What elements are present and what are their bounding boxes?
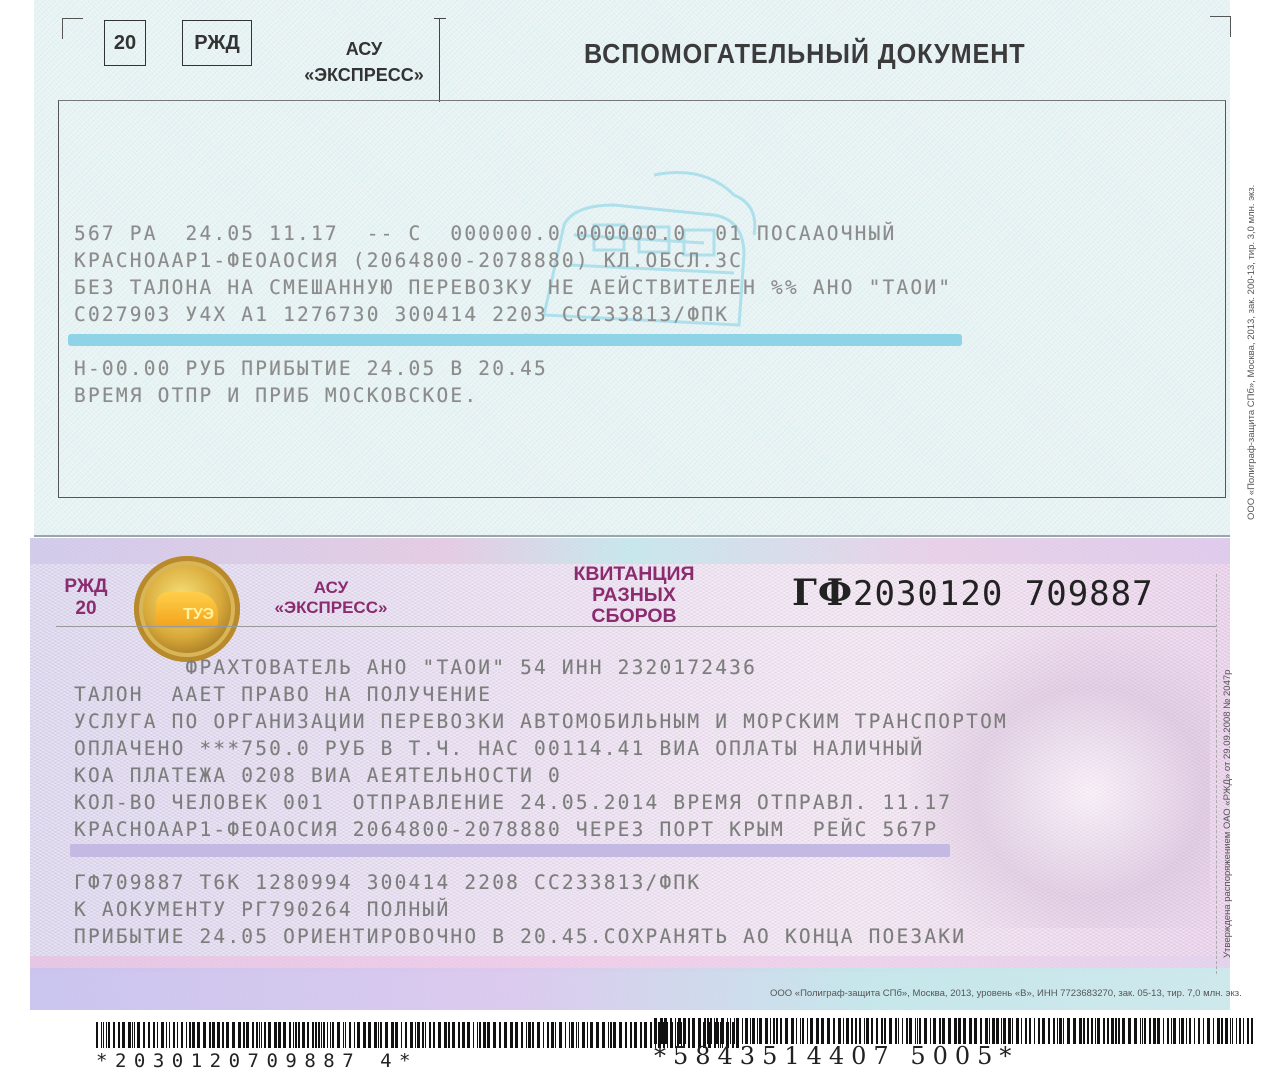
serial-number: ГФ2030120 709887 xyxy=(792,572,1154,614)
printed-line: КРАСНОААР1-ФЕОАОСИЯ 2064800-2078880 ЧЕРЕ… xyxy=(74,816,938,843)
hologram-icon: ТУЭ xyxy=(134,556,240,662)
footer-imprint: ООО «Полиграф-защита СПб», Москва, 2013,… xyxy=(770,988,1242,999)
header-divider xyxy=(56,626,1216,627)
asu-express-label: АСУ «ЭКСПРЕСС» xyxy=(284,36,444,88)
printed-line: С027903 У4Х А1 1276730 300414 2203 СС233… xyxy=(74,301,729,328)
printed-line: ВРЕМЯ ОТПР И ПРИБ МОСКОВСКОЕ. xyxy=(74,382,478,409)
printed-line: ГФ709887 Т6К 1280994 300414 2208 СС23381… xyxy=(74,869,701,896)
title-line2: РАЗНЫХ xyxy=(554,585,714,606)
printed-line: ПРИБЫТИЕ 24.05 ОРИЕНТИРОВОЧНО В 20.45.СО… xyxy=(74,923,966,950)
carrier-code: 20 xyxy=(56,598,116,620)
hologram-text: ТУЭ xyxy=(156,592,218,628)
printed-line: ФРАХТОВАТЕЛЬ АНО "ТАОИ" 54 ИНН 232017243… xyxy=(74,654,757,681)
tear-line xyxy=(1216,574,1217,974)
guilloche-band xyxy=(30,538,1230,564)
redaction-bar xyxy=(68,334,962,346)
printed-line: ОПЛАЧЕНО ***750.0 РУБ В Т.Ч. НАС 00114.4… xyxy=(74,735,924,762)
barcode-left-digits: *2030120709887 4* xyxy=(96,1050,418,1072)
rzd-logo-text: РЖД xyxy=(194,32,239,55)
asu-line2: «ЭКСПРЕСС» xyxy=(256,598,406,618)
barcode-right xyxy=(654,1018,1254,1044)
printed-line: 567 РА 24.05 11.17 -- С 000000.0 000000.… xyxy=(74,220,896,247)
printed-line: К АОКУМЕНТУ РГ790264 ПОЛНЫЙ xyxy=(74,896,450,923)
document-title: ВСПОМОГАТЕЛЬНЫЙ ДОКУМЕНТ xyxy=(584,38,1026,70)
title-line1: КВИТАНЦИЯ xyxy=(554,564,714,585)
barcode-right-digits: *5843514407 5005* xyxy=(654,1042,1018,1070)
asu-line1: АСУ xyxy=(256,578,406,598)
printed-line: БЕЗ ТАЛОНА НА СМЕШАННУЮ ПЕРЕВОЗКУ НЕ АЕЙ… xyxy=(74,274,952,301)
side-imprint: ООО «Полиграф-защита СПб», Москва, 2013,… xyxy=(1246,120,1266,520)
side-imprint-text: Утверждена распоряжением ОАО «РЖД» от 29… xyxy=(1222,670,1233,958)
rzd-brand: РЖД 20 xyxy=(56,576,116,620)
printed-line: КОЛ-ВО ЧЕЛОВЕК 001 ОТПРАВЛЕНИЕ 24.05.201… xyxy=(74,789,952,816)
train-background-image xyxy=(910,628,1210,928)
serial-digits: 2030120 709887 xyxy=(853,574,1154,614)
rzd-logo-box: РЖД xyxy=(182,20,252,66)
printed-line: ТАЛОН ААЕТ ПРАВО НА ПОЛУЧЕНИЕ xyxy=(74,681,492,708)
asu-line1: АСУ xyxy=(284,36,444,62)
side-imprint-text: ООО «Полиграф-защита СПб», Москва, 2013,… xyxy=(1246,185,1257,520)
asu-express-label: АСУ «ЭКСПРЕСС» xyxy=(256,578,406,618)
receipt-document: РЖД 20 ТУЭ АСУ «ЭКСПРЕСС» КВИТАНЦИЯ РАЗН… xyxy=(30,538,1230,1010)
printed-line: КРАСНОААР1-ФЕОАОСИЯ (2064800-2078880) КЛ… xyxy=(74,247,743,274)
rzd-brand-text: РЖД xyxy=(56,576,116,598)
serial-prefix: ГФ xyxy=(792,572,853,614)
redaction-bar xyxy=(70,844,950,857)
auxiliary-document: 20 РЖД АСУ «ЭКСПРЕСС» ВСПОМОГАТЕЛЬНЫЙ ДО… xyxy=(34,0,1230,537)
printed-line: КОА ПЛАТЕЖА 0208 ВИА АЕЯТЕЛЬНОСТИ 0 xyxy=(74,762,562,789)
corner-mark xyxy=(62,18,83,39)
receipt-title: КВИТАНЦИЯ РАЗНЫХ СБОРОВ xyxy=(554,564,714,627)
barcode-left xyxy=(96,1022,742,1048)
printed-line: Н-00.00 РУБ ПРИБЫТИЕ 24.05 В 20.45 xyxy=(74,355,548,382)
asu-line2: «ЭКСПРЕСС» xyxy=(284,62,444,88)
title-line3: СБОРОВ xyxy=(554,606,714,627)
corner-mark xyxy=(1210,16,1231,37)
carrier-code-box: 20 xyxy=(104,20,146,66)
carrier-code: 20 xyxy=(114,32,136,55)
printed-line: УСЛУГА ПО ОРГАНИЗАЦИИ ПЕРЕВОЗКИ АВТОМОБИ… xyxy=(74,708,1008,735)
header-divider xyxy=(439,18,440,102)
